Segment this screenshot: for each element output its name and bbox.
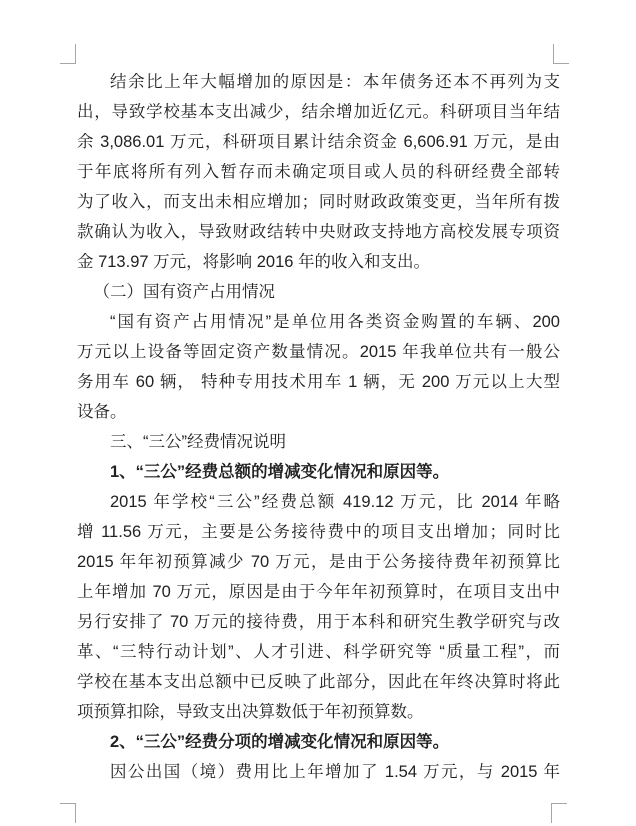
- text-line: “国有资产占用情况”是单位用各类资金购置的车辆、200: [77, 307, 560, 337]
- document-page: 结余比上年大幅增加的原因是：本年债务还本不再列为支 出，导致学校基本支出减少，结…: [0, 0, 636, 826]
- paragraph-overseas-travel: 因公出国（境）费用比上年增加了 1.54 万元，与 2015 年: [77, 757, 560, 787]
- text-line: 革、“三特行动计划”、人才引进、科学研究等 “质量工程”，而: [77, 637, 560, 667]
- text-line: 上年增加 70 万元，原因是由于今年年初预算时，在项目支出中: [77, 577, 560, 607]
- crop-mark-bottom-left-icon: [60, 803, 76, 823]
- text-line: 金 713.97 万元，将影响 2016 年的收入和支出。: [77, 247, 560, 277]
- text-line: 2015 年年初预算减少 70 万元，是由于公务接待费年初预算比: [77, 547, 560, 577]
- text-line: 增 11.56 万元，主要是公务接待费中的项目支出增加；同时比: [77, 517, 560, 547]
- bold-heading-line: 1、“三公”经费总额的增减变化情况和原因等。: [77, 457, 560, 487]
- section-heading-line: （二）国有资产占用情况: [77, 277, 560, 307]
- document-text-area: 结余比上年大幅增加的原因是：本年债务还本不再列为支 出，导致学校基本支出减少，结…: [77, 67, 560, 787]
- text-line: 2015 年学校“三公”经费总额 419.12 万元，比 2014 年略: [77, 487, 560, 517]
- crop-mark-top-left-icon: [60, 44, 76, 64]
- paragraph-state-assets: “国有资产占用情况”是单位用各类资金购置的车辆、200 万元以上设备等固定资产数…: [77, 307, 560, 427]
- text-line: 为了收入，而支出未相应增加；同时财政政策变更，当年所有拨: [77, 187, 560, 217]
- heading-three-public-funds: 三、“三公”经费情况说明: [77, 427, 560, 457]
- section-heading-line: 三、“三公”经费情况说明: [77, 427, 560, 457]
- heading-item-1: 1、“三公”经费总额的增减变化情况和原因等。: [77, 457, 560, 487]
- bold-heading-line: 2、“三公”经费分项的增减变化情况和原因等。: [77, 727, 560, 757]
- crop-mark-bottom-right-icon: [551, 803, 567, 823]
- text-line: 万元以上设备等固定资产数量情况。2015 年我单位共有一般公: [77, 337, 560, 367]
- text-line: 结余比上年大幅增加的原因是：本年债务还本不再列为支: [77, 67, 560, 97]
- text-line: 设备。: [77, 397, 560, 427]
- text-line: 余 3,086.01 万元，科研项目累计结余资金 6,606.91 万元，是由: [77, 127, 560, 157]
- text-line: 务用车 60 辆， 特种专用技术用车 1 辆，无 200 万元以上大型: [77, 367, 560, 397]
- text-line: 出，导致学校基本支出减少，结余增加近亿元。科研项目当年结: [77, 97, 560, 127]
- heading-item-2: 2、“三公”经费分项的增减变化情况和原因等。: [77, 727, 560, 757]
- paragraph-surplus-increase: 结余比上年大幅增加的原因是：本年债务还本不再列为支 出，导致学校基本支出减少，结…: [77, 67, 560, 277]
- text-line: 于年底将所有列入暂存而未确定项目或人员的科研经费全部转: [77, 157, 560, 187]
- text-line: 另行安排了 70 万元的接待费，用于本科和研究生教学研究与改: [77, 607, 560, 637]
- heading-state-assets: （二）国有资产占用情况: [77, 277, 560, 307]
- text-line: 款确认为收入，导致财政结转中央财政支持地方高校发展专项资: [77, 217, 560, 247]
- text-line: 因公出国（境）费用比上年增加了 1.54 万元，与 2015 年: [77, 757, 560, 787]
- text-line: 项预算扣除，导致支出决算数低于年初预算数。: [77, 697, 560, 727]
- text-line: 学校在基本支出总额中已反映了此部分，因此在年终决算时将此: [77, 667, 560, 697]
- crop-mark-top-right-icon: [553, 44, 569, 64]
- paragraph-total-explanation: 2015 年学校“三公”经费总额 419.12 万元，比 2014 年略 增 1…: [77, 487, 560, 727]
